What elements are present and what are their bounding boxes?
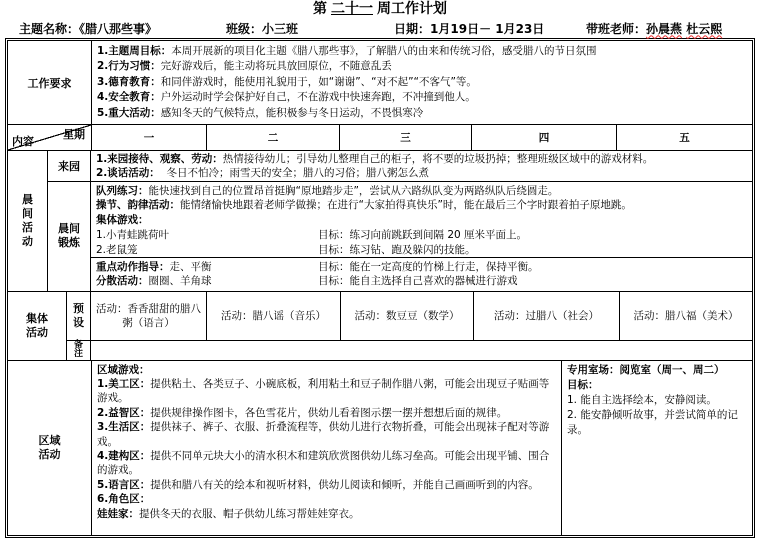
week-content-diagonal-cell: 星期 内容 — [8, 125, 92, 150]
activity-friday: 活动：腊八福（美术） — [620, 292, 752, 340]
activity-monday: 活动：香香甜甜的腊八粥（语言） — [91, 292, 207, 340]
scatter-activity-line: 分散活动：圈圈、羊角球目标：能自主选择自己喜欢的器械进行游戏 — [96, 274, 747, 289]
region-games-heading: 区域游戏： — [97, 363, 556, 377]
region-item: 5.语言区：提供和腊八有关的绘本和视听材料，供幼儿阅读和倾听，并能自己画画听到的… — [97, 478, 556, 492]
region-item: 1.美工区：提供粘土、各类豆子、小碗底板，利用粘土和豆子制作腊八粥，可能会出现豆… — [97, 377, 556, 406]
exercise-upper-cell: 队列练习：能快速找到自己的位置昂首挺胸“原地踏步走”，尝试从六路纵队变为两路纵队… — [91, 182, 752, 258]
morning-activity-label: 晨间活动 — [8, 151, 48, 291]
teacher-name-2: 杜云熙 — [686, 22, 722, 36]
region-item: 4.建构区：提供不同单元块大小的清水积木和建筑欣赏图供幼儿练习垒高。可能会出现平… — [97, 449, 556, 478]
arrival-item: 1.来园接待、观察、劳动：热情接待幼儿；引导幼儿整理自己的柜子，将不要的垃圾扔掉… — [96, 152, 747, 167]
day-thursday: 四 — [472, 125, 617, 150]
theme-field: 主题名称：《腊八那些事》 — [19, 20, 226, 37]
morning-activity-row: 晨间活动 来园 1.来园接待、观察、劳动：热情接待幼儿；引导幼儿整理自己的柜子，… — [8, 151, 752, 292]
arrival-content: 1.来园接待、观察、劳动：热情接待幼儿；引导幼儿整理自己的柜子，将不要的垃圾扔掉… — [91, 151, 752, 181]
exercise-content: 队列练习：能快速找到自己的位置昂首挺胸“原地踏步走”，尝试从六路纵队变为两路纵队… — [91, 182, 752, 292]
morning-activity-content: 来园 1.来园接待、观察、劳动：热情接待幼儿；引导幼儿整理自己的柜子，将不要的垃… — [48, 151, 752, 291]
region-item: 3.生活区：提供袜子、裤子、衣服、折叠流程等，供幼儿进行衣物折叠，可能会出现袜子… — [97, 420, 556, 449]
work-item: 4.安全教育：户外运动时学会保护好自己，不在游戏中快速奔跑，不冲撞到他人。 — [97, 90, 747, 105]
note-subrow: 备注 — [67, 341, 752, 360]
exercise-lower-cell: 重点动作指导：走、平衡目标：能在一定高度的竹梯上行走，保持平衡。 分散活动：圈圈… — [91, 258, 752, 292]
arrival-item: 2.谈话活动： 冬日不怕冷；雨雪天的安全；腊八的习俗；腊八粥怎么煮 — [96, 166, 747, 181]
date-field: 日期：1月19日－ 1月23日 — [394, 20, 586, 37]
title-prefix: 第 — [313, 1, 327, 17]
exercise-label: 晨间锻炼 — [48, 182, 91, 292]
arrival-label: 来园 — [48, 151, 91, 181]
region-item: 娃娃家：提供冬天的衣服、帽子供幼儿练习帮娃娃穿衣。 — [97, 507, 556, 521]
document-header: 主题名称：《腊八那些事》 班级：小三班 日期：1月19日－ 1月23日 带班老师… — [5, 18, 755, 38]
exercise-subrow: 晨间锻炼 队列练习：能快速找到自己的位置昂首挺胸“原地踏步走”，尝试从六路纵队变… — [48, 182, 752, 292]
work-item: 5.重大活动：感知冬天的气候特点，能积极参与冬日运动，不畏惧寒冷 — [97, 106, 747, 121]
preset-label: 预设 — [67, 292, 91, 340]
class-field: 班级：小三班 — [226, 20, 394, 37]
special-room-goal: 1. 能自主选择绘本，安静阅读。 — [567, 393, 747, 408]
region-activity-row: 区域活动 区域游戏： 1.美工区：提供粘土、各类豆子、小碗底板，利用粘土和豆子制… — [8, 361, 752, 535]
exercise-line: 操节、韵律活动：能情绪愉快地跟着老师学做操；在进行“大家拍得真快乐”时，能在最后… — [96, 198, 747, 213]
game-line: 2.老鼠笼目标：练习钻、跑及躲闪的技能。 — [96, 243, 747, 258]
class-value: 小三班 — [262, 22, 298, 36]
activity-thursday: 活动：过腊八（社会） — [474, 292, 620, 340]
arrival-subrow: 来园 1.来园接待、观察、劳动：热情接待幼儿；引导幼儿整理自己的柜子，将不要的垃… — [48, 151, 752, 182]
theme-value: 《腊八那些事》 — [79, 22, 157, 36]
class-label: 班级： — [226, 22, 262, 36]
page-title: 第二十一周工作计划 — [5, 1, 755, 18]
day-wednesday: 三 — [340, 125, 472, 150]
week-label: 星期 — [63, 126, 85, 142]
work-item: 1.主题周目标：本周开展新的项目化主题《腊八那些事》，了解腊八的由来和传统习俗，… — [97, 44, 747, 59]
activity-wednesday: 活动：数豆豆（数学） — [341, 292, 474, 340]
group-games-heading: 集体游戏： — [96, 213, 747, 228]
region-item: 2.益智区：提供规律操作图卡，各色雪花片，供幼儿看着图示摆一摆并想想后面的规律。 — [97, 406, 556, 420]
teacher-field: 带班老师：孙晨燕 杜云熙 — [586, 20, 722, 37]
work-requirements-label: 工作要求 — [8, 41, 92, 124]
day-monday: 一 — [92, 125, 207, 150]
teacher-name-1: 孙晨燕 — [646, 22, 682, 36]
work-item: 3.德育教育：和同伴游戏时，能使用礼貌用于，如“谢谢”、“对不起”“不客气”等。 — [97, 75, 747, 90]
day-friday: 五 — [617, 125, 752, 150]
title-suffix: 周工作计划 — [377, 1, 447, 17]
special-room-content: 专用室场：阅览室（周一、周二） 目标： 1. 能自主选择绘本，安静阅读。 2. … — [562, 361, 752, 535]
plan-table: 工作要求 1.主题周目标：本周开展新的项目化主题《腊八那些事》，了解腊八的由来和… — [5, 38, 755, 538]
special-room-goal: 2. 能安静倾听故事，并尝试简单的记录。 — [567, 408, 747, 438]
day-tuesday: 二 — [207, 125, 340, 150]
weekly-plan-document: 第二十一周工作计划 主题名称：《腊八那些事》 班级：小三班 日期：1月19日－ … — [0, 0, 762, 542]
collective-activity-label: 集体活动 — [8, 292, 67, 360]
title-week-number: 二十一 — [327, 1, 377, 17]
focus-guidance-line: 重点动作指导：走、平衡目标：能在一定高度的竹梯上行走，保持平衡。 — [96, 260, 747, 275]
theme-label: 主题名称： — [19, 22, 79, 36]
note-empty-cell — [91, 341, 752, 360]
region-activity-label: 区域活动 — [8, 361, 92, 535]
region-item: 6.角色区： — [97, 492, 556, 506]
special-room-goal-label: 目标： — [567, 378, 747, 393]
teacher-label: 带班老师： — [586, 22, 646, 36]
date-value: 1月19日－ 1月23日 — [430, 22, 544, 36]
content-label: 内容 — [12, 133, 34, 149]
activity-tuesday: 活动：腊八谣（音乐） — [207, 292, 341, 340]
work-requirements-content: 1.主题周目标：本周开展新的项目化主题《腊八那些事》，了解腊八的由来和传统习俗，… — [92, 41, 752, 124]
special-room-title: 专用室场：阅览室（周一、周二） — [567, 363, 747, 378]
exercise-line: 队列练习：能快速找到自己的位置昂首挺胸“原地踏步走”，尝试从六路纵队变为两路纵队… — [96, 184, 747, 199]
region-games-content: 区域游戏： 1.美工区：提供粘土、各类豆子、小碗底板，利用粘土和豆子制作腊八粥，… — [92, 361, 562, 535]
weekday-header-row: 星期 内容 一 二 三 四 五 — [8, 125, 752, 151]
collective-activity-content: 预设 活动：香香甜甜的腊八粥（语言） 活动：腊八谣（音乐） 活动：数豆豆（数学）… — [67, 292, 752, 360]
work-item: 2.行为习惯：完好游戏后，能主动将玩具放回原位，不随意乱丢 — [97, 59, 747, 74]
game-line: 1.小青蛙跳荷叶目标：练习向前跳跃到间隔 20 厘米平面上。 — [96, 228, 747, 243]
collective-activity-row: 集体活动 预设 活动：香香甜甜的腊八粥（语言） 活动：腊八谣（音乐） 活动：数豆… — [8, 292, 752, 361]
date-label: 日期： — [394, 22, 430, 36]
note-label: 备注 — [67, 341, 91, 360]
preset-subrow: 预设 活动：香香甜甜的腊八粥（语言） 活动：腊八谣（音乐） 活动：数豆豆（数学）… — [67, 292, 752, 341]
work-requirements-row: 工作要求 1.主题周目标：本周开展新的项目化主题《腊八那些事》，了解腊八的由来和… — [8, 41, 752, 125]
